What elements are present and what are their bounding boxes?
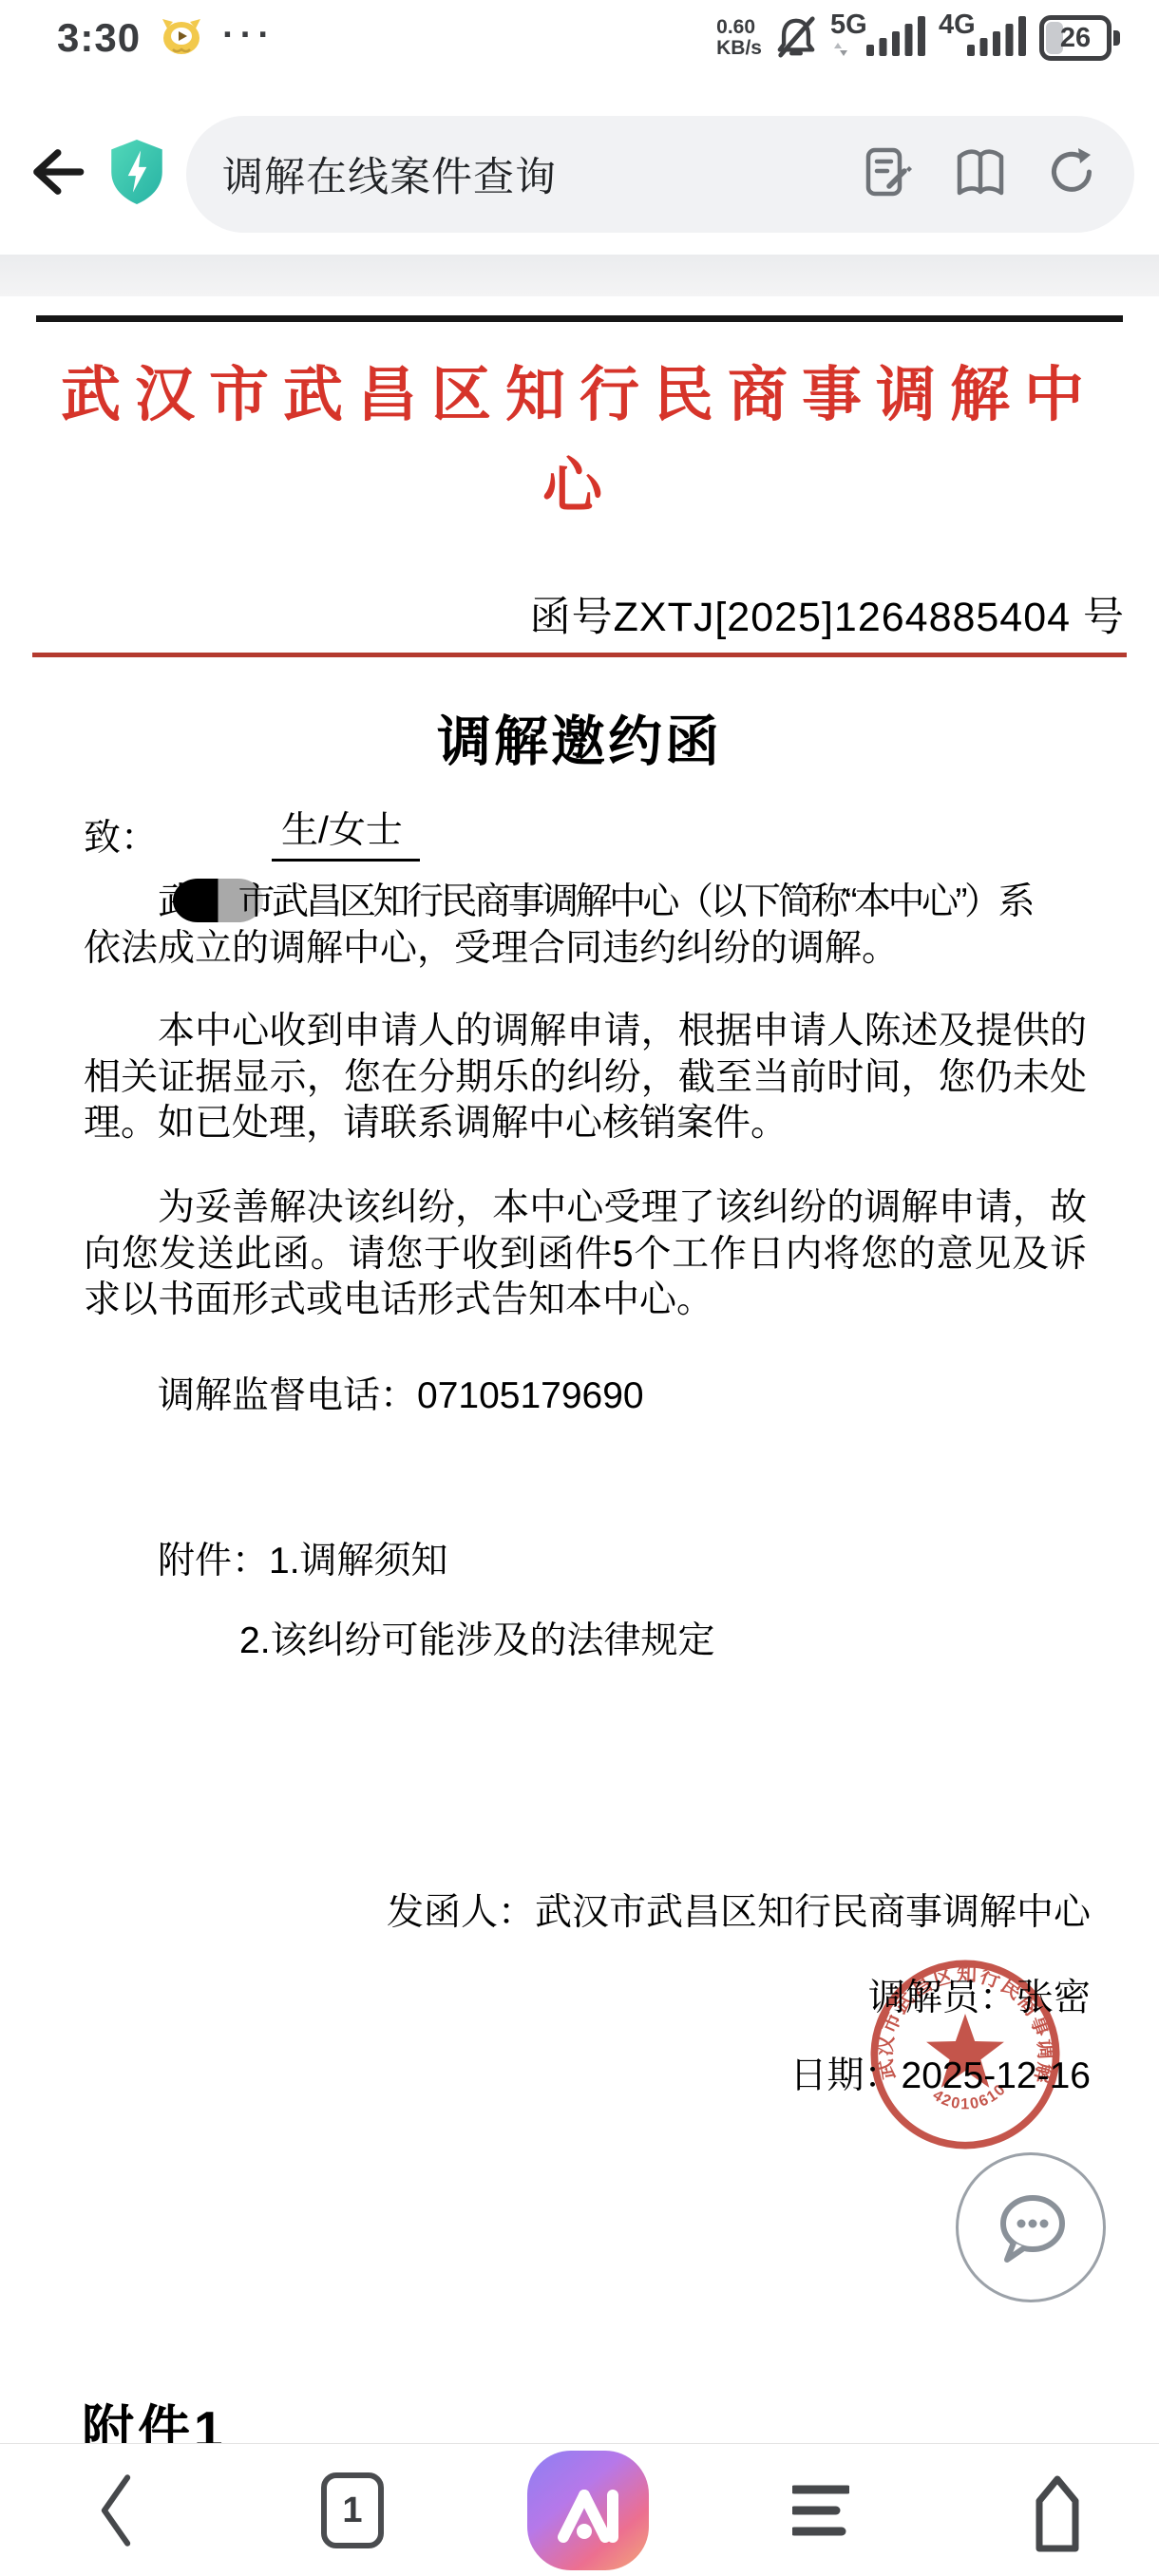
browser-toolbar: 调解在线案件查询 [0, 103, 1159, 245]
salutation-line: 致： 生/女士 [84, 801, 420, 862]
paragraph-intro-line2: 依法成立的调解中心，受理合同违约纠纷的调解。 [84, 928, 899, 969]
paragraph-dispute: 本中心收到申请人的调解申请，根据申请人陈述及提供的相关证据显示，您在分期乐的纠纷… [84, 1009, 1087, 1147]
back-button[interactable] [25, 141, 87, 208]
address-search-bar[interactable]: 调解在线案件查询 [186, 116, 1134, 233]
bottom-navigation-bar: 1 [0, 2443, 1159, 2576]
browser-logo-icon [527, 2451, 649, 2570]
supervision-phone-line: 调解监督电话：07105179690 [158, 1366, 644, 1419]
clock: 3:30 [57, 15, 141, 61]
attachment-line-2: 2.该纠纷可能涉及的法律规定 [239, 1611, 715, 1664]
paragraph-request: 为妥善解决该纠纷，本中心受理了该纠纷的调解申请，故向您发送此函。请您于收到函件5… [84, 1185, 1087, 1324]
edit-note-icon[interactable] [863, 145, 916, 203]
paragraph-intro: 武市武昌区知行民商事调解中心（以下简称“本中心”）系 依法成立的调解中心，受理合… [84, 879, 1087, 972]
paragraph-intro-line1: 市武昌区知行民商事调解中心（以下简称“本中心”）系 [238, 881, 1032, 922]
tab-count-badge: 1 [321, 2472, 384, 2548]
nav-tabs-button[interactable]: 1 [314, 2444, 390, 2576]
date-line: 日期：2025-12-16 [790, 2046, 1092, 2099]
search-query-text[interactable]: 调解在线案件查询 [222, 145, 825, 203]
letter-title: 调解邀约函 [0, 698, 1159, 776]
network-speed: 0.60 KB/s [716, 17, 762, 59]
red-divider-rule [32, 653, 1127, 657]
document-top-rule [36, 315, 1123, 322]
battery-indicator: 26 [1039, 15, 1111, 61]
more-notifications-indicator: ··· [222, 15, 275, 56]
nav-home-logo-button[interactable] [527, 2444, 649, 2576]
salutation-name: 生/女士 [272, 801, 420, 862]
signal-5g: 5G [830, 13, 925, 63]
chat-floating-button[interactable] [956, 2152, 1106, 2302]
nav-back-button[interactable] [78, 2444, 154, 2576]
screen: 3:30 ··· 0.60 KB/s [0, 0, 1159, 2576]
home-icon [1027, 2467, 1088, 2554]
page-top-divider [0, 255, 1159, 296]
signal-4g: 4G [939, 13, 1026, 63]
organization-title: 武汉市武昌区知行民商事调解中心 [0, 350, 1159, 532]
mute-bell-icon [775, 14, 817, 63]
menu-hamburger-icon [792, 2472, 849, 2548]
refresh-icon[interactable] [1045, 145, 1098, 203]
notification-app-icon [160, 15, 203, 62]
salutation-prefix: 致： [84, 808, 158, 862]
sender-line: 发函人：武汉市武昌区知行民商事调解中心 [387, 1883, 1091, 1936]
nav-menu-button[interactable] [783, 2444, 859, 2576]
chevron-left-icon [91, 2465, 141, 2556]
attachment-line-1: 附件：1.调解须知 [158, 1531, 448, 1584]
attachment-section-heading-clipped: 附件1 [82, 2388, 227, 2443]
reference-number: 函号ZXTJ[2025]1264885404 号 [530, 585, 1125, 643]
status-bar: 3:30 ··· 0.60 KB/s [0, 0, 1159, 68]
mediator-line: 调解员：张密 [868, 1968, 1091, 2021]
chat-bubble-icon [989, 2188, 1073, 2267]
bookmarks-book-icon[interactable] [954, 145, 1007, 203]
security-shield-icon[interactable] [108, 139, 165, 210]
nav-homepage-button[interactable] [1019, 2444, 1095, 2576]
